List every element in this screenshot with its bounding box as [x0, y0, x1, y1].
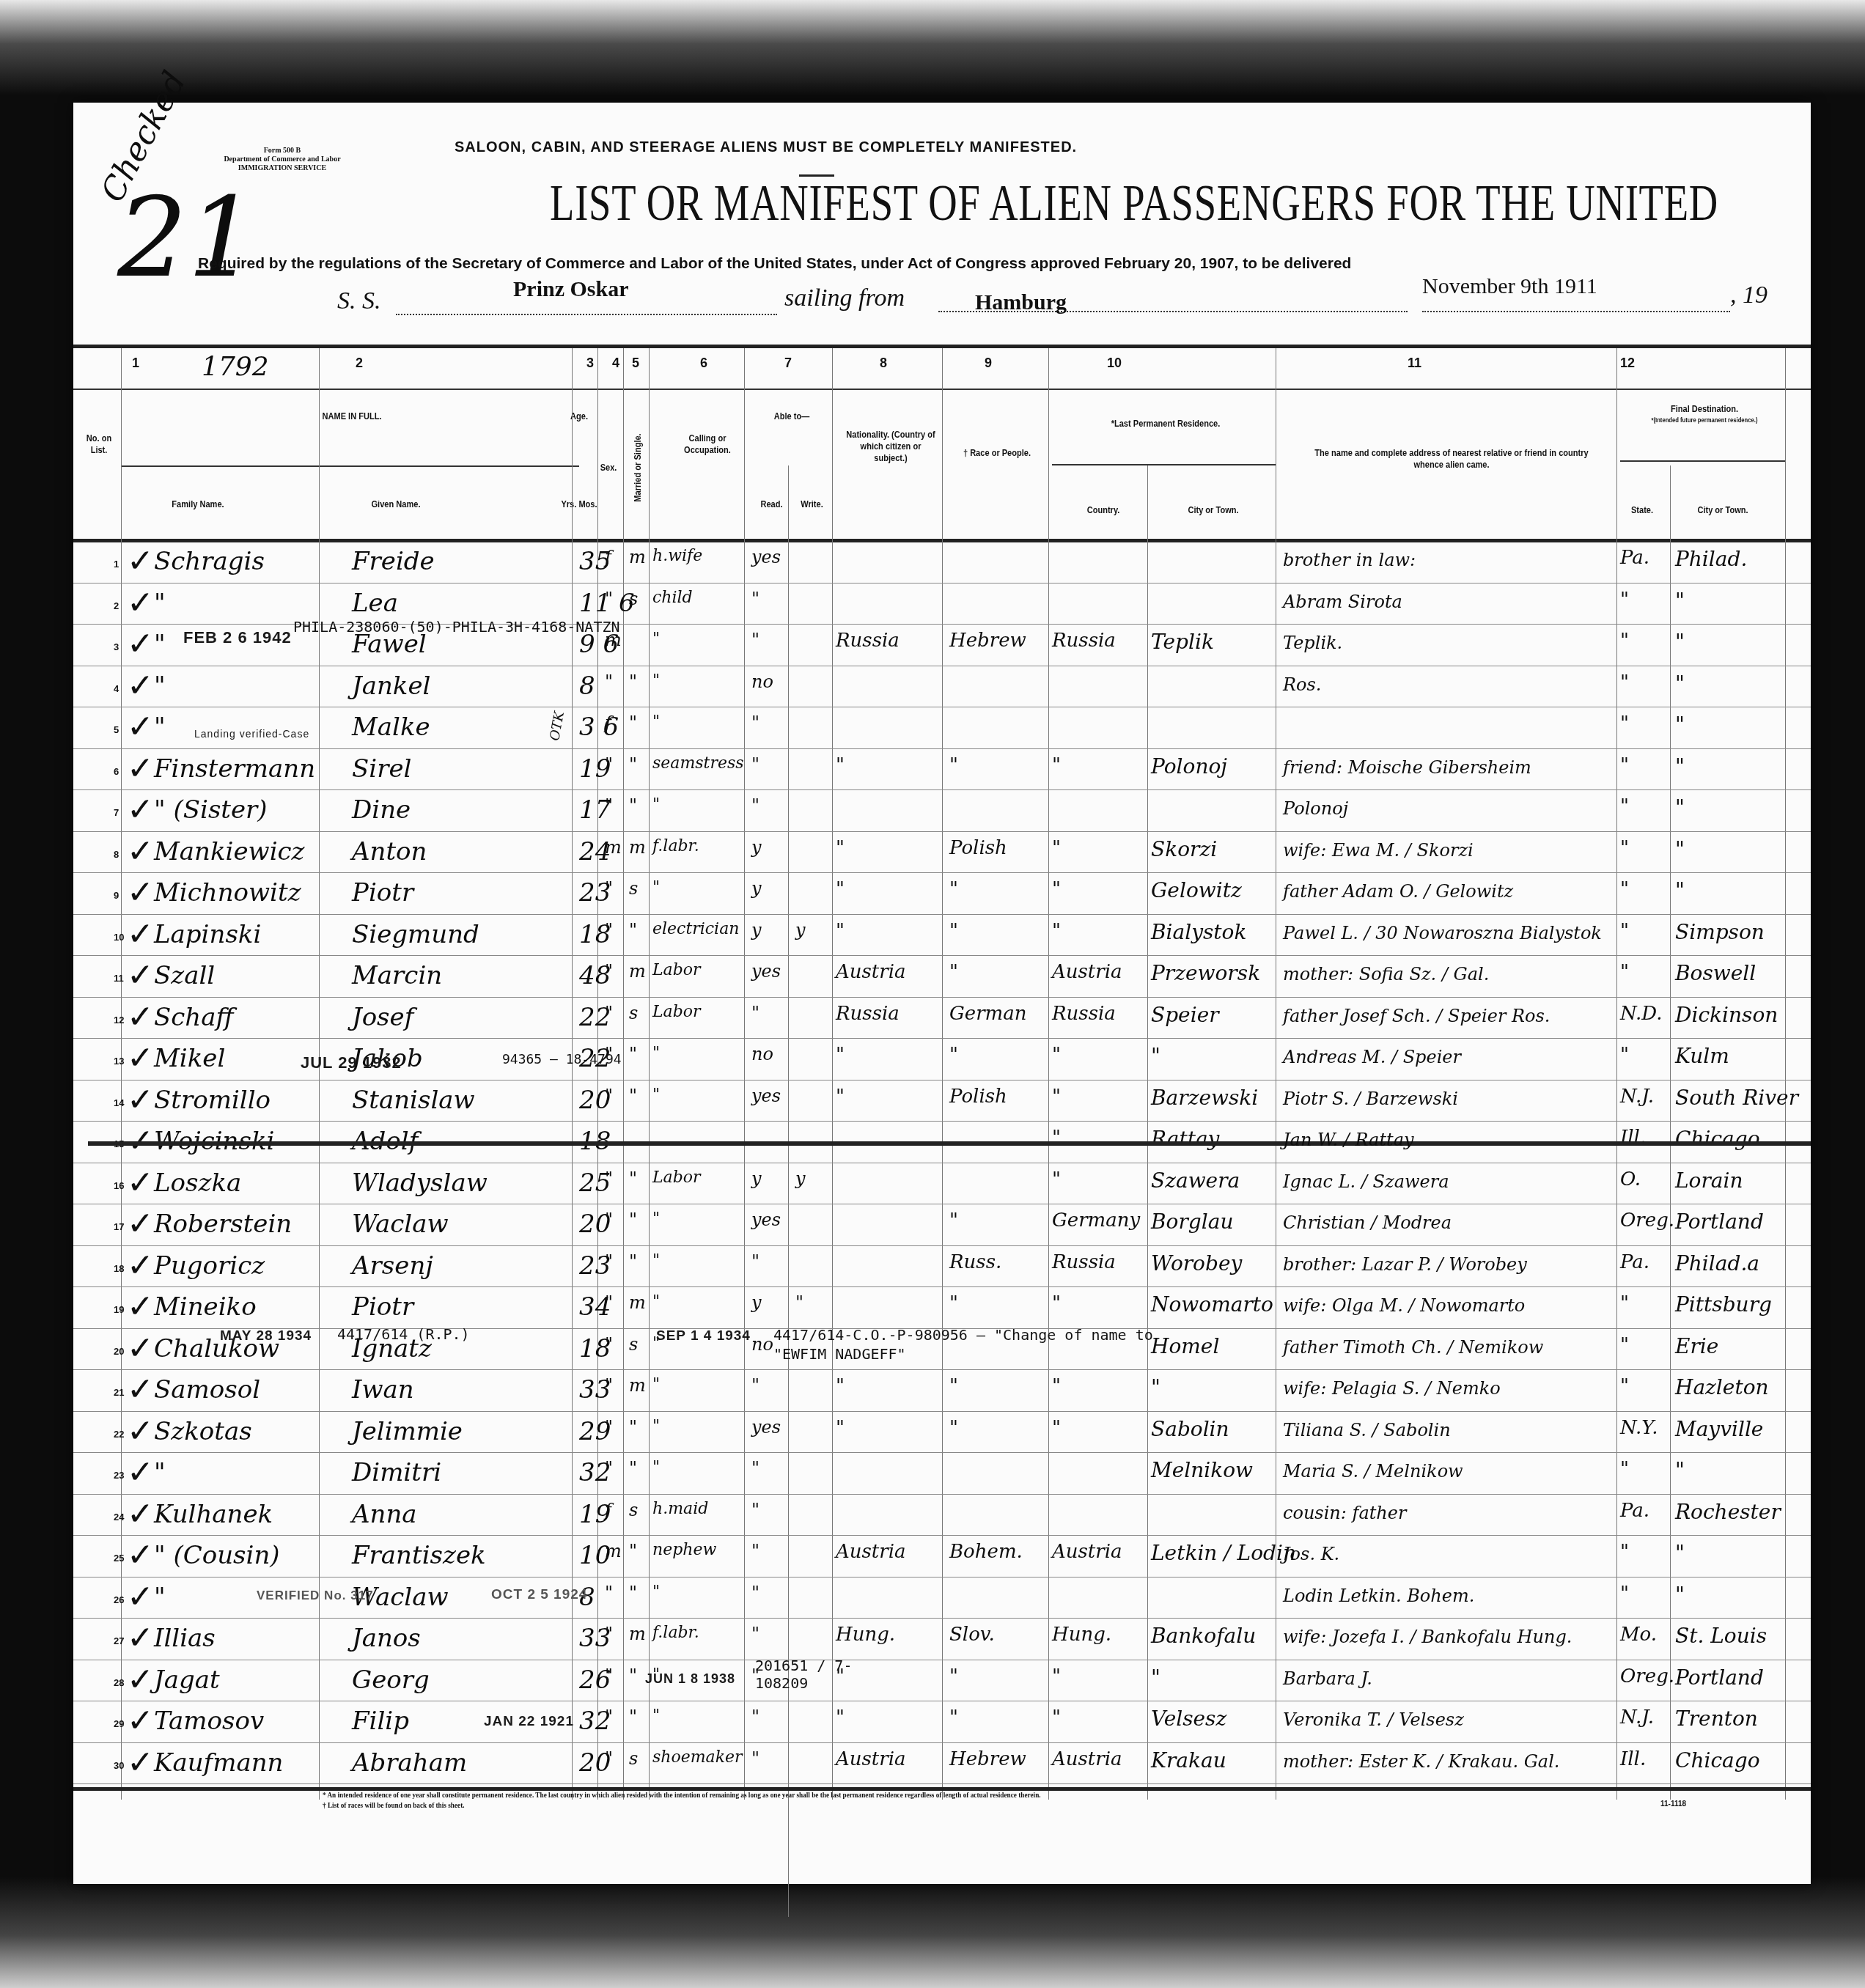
race-cell: "	[949, 1707, 958, 1729]
race-cell: "	[949, 1210, 958, 1232]
state-cell: Oreg.	[1620, 1665, 1674, 1687]
country-cell: "	[1052, 754, 1061, 776]
checkmark-icon: ✓	[127, 542, 154, 580]
table-row: 17✓RobersteinWaclaw20"""yes"GermanyBorgl…	[73, 1205, 1811, 1244]
marital-cell: "	[629, 1583, 637, 1603]
age-cell: 8	[579, 671, 595, 701]
row-rule	[73, 1577, 1811, 1577]
read-cell: "	[751, 1500, 759, 1520]
occupation-cell: "	[652, 1375, 660, 1394]
row-number: 2	[114, 600, 119, 611]
occupation-cell: "	[652, 1086, 660, 1104]
checkmark-icon: ✓	[127, 1205, 154, 1242]
row-rule	[73, 1080, 1811, 1080]
table-row: 21✓SamosolIwan33"m"""""""Hazleton	[73, 1371, 1811, 1410]
header-dest-city: City or Town.	[1680, 504, 1767, 516]
dest-city-cell: Mayville	[1675, 1417, 1763, 1441]
header-race: † Race or People.	[954, 447, 1041, 459]
read-cell: no	[751, 1044, 773, 1064]
relative-entry: wife: Pelagia S. / Nemko	[1283, 1378, 1501, 1399]
checkmark-icon: ✓	[127, 1039, 154, 1077]
relative-entry: Ros.	[1283, 674, 1321, 695]
checkmark-icon: ✓	[127, 916, 154, 953]
table-row: 23✓"Dimitri32""""Melnikow""	[73, 1454, 1811, 1492]
read-cell: y	[751, 920, 762, 940]
header-final-destination-note: *(Intended future permanent residence.)	[1645, 416, 1764, 424]
family-name-cell: Stromillo	[154, 1086, 271, 1115]
checkmark-icon: ✓	[127, 667, 154, 704]
checkmark-icon: ✓	[127, 750, 154, 787]
row-number: 5	[114, 724, 119, 735]
residence-subrule	[1052, 464, 1276, 465]
header-nationality: Nationality. (Country of which citizen o…	[844, 429, 938, 464]
occupation-cell: "	[652, 795, 660, 814]
dest-city-cell: Boswell	[1675, 961, 1756, 985]
checkmark-icon: ✓	[127, 1536, 154, 1574]
race-cell: Bohem.	[949, 1541, 1023, 1563]
relative-entry: Jos. K.	[1283, 1544, 1339, 1564]
col-number-12: 12	[1620, 356, 1635, 371]
read-cell: "	[751, 1458, 759, 1479]
race-cell: "	[949, 1417, 958, 1439]
country-cell: "	[1052, 1707, 1061, 1729]
header-given-name: Given Name.	[334, 498, 458, 510]
city-cell: Bialystok	[1151, 920, 1246, 944]
checkmark-icon: ✓	[127, 1619, 154, 1657]
checkmark-icon: ✓	[127, 1661, 154, 1698]
row-rule	[73, 707, 1811, 707]
dest-city-cell: "	[1675, 1541, 1685, 1565]
occupation-cell: f.labr.	[652, 1624, 699, 1642]
col-number-7: 7	[784, 356, 792, 371]
destination-subrule	[1620, 460, 1785, 462]
state-cell: Pa.	[1620, 1500, 1649, 1522]
relative-entry: Veronika T. / Velsesz	[1283, 1709, 1464, 1730]
nationality-cell: Austria	[836, 1748, 906, 1770]
header-country: Country.	[1063, 504, 1144, 516]
table-row: 15✓WojcinskiAdolf18"RattayIll.Chicago	[73, 1122, 1811, 1161]
dest-city-cell: Portland	[1675, 1210, 1764, 1234]
occupation-cell: shoemaker	[652, 1748, 743, 1767]
marital-cell: "	[629, 1458, 637, 1479]
state-cell: N.J.	[1620, 1086, 1654, 1108]
read-cell: yes	[751, 961, 781, 982]
country-cell: "	[1052, 1127, 1061, 1149]
relative-entry: Pawel L. / 30 Nowaroszna Bialystok	[1283, 923, 1602, 943]
nationality-cell: "	[836, 1044, 845, 1066]
family-name-cell: Schaff	[154, 1003, 234, 1032]
marital-cell: m	[629, 837, 646, 858]
relative-entry: mother: Ester K. / Krakau. Gal.	[1283, 1751, 1559, 1772]
race-cell: Polish	[949, 1086, 1007, 1108]
marital-cell: "	[629, 1417, 637, 1437]
form-department: Department of Commerce and Labor	[194, 155, 370, 164]
write-cell: y	[795, 1168, 806, 1189]
family-name-cell: Mikel	[154, 1044, 225, 1073]
read-cell: y	[751, 878, 762, 899]
table-row: 22✓SzkotasJelimmie29"""yes"""SabolinN.Y.…	[73, 1413, 1811, 1451]
dest-city-cell: Pittsburg	[1675, 1292, 1772, 1317]
family-name-cell: Szkotas	[154, 1417, 252, 1446]
given-name-cell: Piotr	[352, 878, 413, 908]
occupation-cell: "	[652, 1583, 660, 1601]
given-name-cell: Anna	[352, 1500, 417, 1529]
relative-entry: Andreas M. / Speier	[1283, 1047, 1461, 1067]
relative-entry: Maria S. / Melnikow	[1283, 1461, 1463, 1481]
family-name-cell: Finstermann	[154, 754, 315, 784]
occupation-cell: "	[652, 1417, 660, 1435]
read-cell: "	[751, 795, 759, 816]
occupation-cell: "	[652, 1707, 660, 1725]
row-rule	[73, 1163, 1811, 1163]
given-name-cell: Piotr	[352, 1292, 413, 1322]
given-name-cell: Sirel	[352, 754, 411, 784]
given-name-cell: Stanislaw	[352, 1086, 475, 1115]
given-name-cell: Wladyslaw	[352, 1168, 488, 1198]
read-cell: "	[751, 1251, 759, 1272]
col-number-6: 6	[700, 356, 707, 371]
checkmark-icon: ✓	[127, 584, 154, 622]
sex-cell: f	[605, 1500, 611, 1520]
occupation-cell: "	[652, 1251, 660, 1270]
read-cell: "	[751, 1541, 759, 1561]
city-cell: Skorzi	[1151, 837, 1217, 861]
city-cell: Worobey	[1151, 1251, 1242, 1275]
stamp-row30: JAN 22 1921	[484, 1714, 574, 1730]
country-cell: "	[1052, 837, 1061, 859]
row-number: 29	[114, 1718, 124, 1729]
nationality-cell: "	[836, 1707, 845, 1729]
race-cell: "	[949, 878, 958, 900]
row-rule	[73, 1742, 1811, 1743]
marital-cell: s	[629, 1334, 638, 1355]
given-name-cell: Janos	[352, 1624, 421, 1653]
row-rule	[73, 1286, 1811, 1287]
city-cell: Borglau	[1151, 1210, 1233, 1234]
relative-entry: Tiliana S. / Sabolin	[1283, 1420, 1451, 1440]
sex-cell: "	[605, 1624, 613, 1644]
header-no-on-list: No. on List.	[84, 432, 115, 456]
read-cell: "	[751, 1624, 759, 1644]
header-age: Age.	[561, 411, 598, 422]
family-name-cell: Kaufmann	[154, 1748, 283, 1778]
given-name-cell: Waclaw	[352, 1210, 449, 1239]
row-number: 20	[114, 1346, 124, 1357]
given-name-cell: Filip	[352, 1707, 409, 1736]
marital-cell: s	[629, 878, 638, 899]
read-cell: yes	[751, 547, 781, 567]
family-name-cell: Szall	[154, 961, 215, 990]
race-cell: Slov.	[949, 1624, 995, 1646]
dest-city-cell: Dickinson	[1675, 1003, 1778, 1027]
relative-entry: father Adam O. / Gelowitz	[1283, 881, 1513, 902]
family-name-cell: "	[154, 1583, 166, 1612]
checkmark-icon: ✓	[127, 833, 154, 870]
read-cell: "	[751, 754, 759, 775]
footnotes: * An intended residence of one year shal…	[323, 1790, 1041, 1811]
table-row: 25✓" (Cousin)Frantiszek10m"nephew"Austri…	[73, 1536, 1811, 1575]
state-cell: "	[1620, 713, 1629, 735]
marital-cell: "	[629, 795, 637, 816]
sex-cell: "	[605, 878, 613, 899]
occupation-cell: electrician	[652, 920, 739, 938]
read-cell: "	[751, 1748, 759, 1769]
state-cell: Pa.	[1620, 547, 1649, 569]
given-name-cell: Jankel	[352, 671, 430, 701]
state-cell: "	[1620, 1292, 1629, 1314]
stamp-row28: VERIFIED No. 317	[257, 1588, 374, 1603]
row-number: 30	[114, 1760, 124, 1771]
nationality-cell: Austria	[836, 1541, 906, 1563]
header-calling: Calling or Occupation.	[673, 432, 742, 456]
checkmark-icon: ✓	[127, 1247, 154, 1284]
stamp-row29: JUN 1 8 1938	[645, 1671, 735, 1687]
country-cell: Germany	[1052, 1210, 1140, 1232]
occupation-cell: child	[652, 589, 693, 607]
nationality-cell: Russia	[836, 1003, 900, 1025]
dest-city-cell: St. Louis	[1675, 1624, 1767, 1648]
city-cell: Sabolin	[1151, 1417, 1229, 1441]
col-number-3: 3	[586, 356, 594, 371]
nationality-cell: "	[836, 754, 845, 776]
country-cell: Austria	[1052, 961, 1122, 983]
given-name-cell: Iwan	[352, 1375, 414, 1405]
family-name-cell: Samosol	[154, 1375, 260, 1405]
dest-city-cell: "	[1675, 1583, 1685, 1607]
marital-cell: "	[629, 1168, 637, 1189]
row-number: 23	[114, 1470, 124, 1481]
state-cell: "	[1620, 1583, 1629, 1605]
sex-cell: "	[605, 1334, 613, 1355]
table-row: 12✓SchaffJosef22"sLabor"RussiaGermanRuss…	[73, 998, 1811, 1037]
port-name: Hamburg	[975, 290, 1067, 315]
table-row: 8✓MankiewiczAnton24mmf.labr.y"Polish"Sko…	[73, 833, 1811, 872]
relative-entry: father Josef Sch. / Speier Ros.	[1283, 1006, 1550, 1026]
nationality-cell: "	[836, 1375, 845, 1397]
checkmark-icon: ✓	[127, 791, 154, 828]
checkmark-icon: ✓	[127, 1413, 154, 1450]
race-cell: German	[949, 1003, 1027, 1025]
sex-cell: f	[605, 713, 611, 733]
race-cell: Hebrew	[949, 1748, 1026, 1770]
relative-entry: wife: Ewa M. / Skorzi	[1283, 840, 1474, 861]
relative-entry: cousin: father	[1283, 1503, 1406, 1523]
row-number: 25	[114, 1553, 124, 1564]
col-number-2: 2	[356, 356, 363, 371]
sex-cell: "	[605, 920, 613, 940]
race-cell: "	[949, 1292, 958, 1314]
relative-entry: wife: Jozefa I. / Bankofalu Hung.	[1283, 1627, 1572, 1647]
checkmark-icon: ✓	[127, 957, 154, 994]
row-rule	[73, 955, 1811, 956]
row-rule	[73, 1038, 1811, 1039]
country-cell: "	[1052, 920, 1061, 942]
state-cell: O.	[1620, 1168, 1641, 1190]
country-cell: "	[1052, 1086, 1061, 1108]
given-name-cell: Adolf	[352, 1127, 418, 1156]
given-name-cell: Siegmund	[352, 920, 479, 949]
row-rule	[73, 666, 1811, 666]
ship-field-line	[396, 314, 777, 315]
city-cell: "	[1151, 1665, 1160, 1690]
race-cell: Russ.	[949, 1251, 1001, 1273]
table-row: 9✓MichnowitzPiotr23"s"y"""Gelowitz""	[73, 874, 1811, 913]
given-name-cell: Dimitri	[352, 1458, 441, 1487]
header-last-residence: *Last Permanent Residence.	[1073, 418, 1259, 430]
dest-city-cell: Erie	[1675, 1334, 1718, 1358]
family-name-cell: Mineiko	[154, 1292, 257, 1322]
given-name-cell: Malke	[352, 713, 430, 742]
state-cell: "	[1620, 1334, 1629, 1356]
marital-cell: s	[629, 589, 638, 609]
dest-city-cell: "	[1675, 589, 1685, 613]
checkmark-icon: ✓	[127, 625, 154, 663]
header-able-to: Able to—	[757, 411, 826, 422]
city-cell: Polonoj	[1151, 754, 1227, 778]
country-cell: Austria	[1052, 1541, 1122, 1563]
state-cell: "	[1620, 1375, 1629, 1397]
dest-city-cell: Trenton	[1675, 1707, 1758, 1731]
checkmark-icon: ✓	[127, 1495, 154, 1533]
table-row: 11✓SzallMarcin48"mLaboryesAustria"Austri…	[73, 957, 1811, 995]
col-number-4: 4	[612, 356, 619, 371]
state-cell: N.D.	[1620, 1003, 1663, 1025]
read-cell: "	[751, 1003, 759, 1023]
col-number-9: 9	[985, 356, 992, 371]
occupation-cell: h.wife	[652, 547, 702, 565]
state-cell: "	[1620, 1541, 1629, 1563]
header-family-name: Family Name.	[136, 498, 260, 510]
row-rule	[73, 1494, 1811, 1495]
annotation-row20-1: 4417/614 (R.P.)	[337, 1325, 470, 1343]
occupation-cell: seamstress	[652, 754, 744, 773]
checkmark-icon: ✓	[127, 1578, 154, 1616]
sex-cell: "	[605, 1292, 613, 1313]
row-rule	[73, 583, 1811, 583]
stamp-row20-2: SEP 1 4 1934	[656, 1328, 751, 1344]
city-cell: Barzewski	[1151, 1086, 1258, 1110]
banner: SALOON, CABIN, AND STEERAGE ALIENS MUST …	[455, 139, 1077, 156]
stamp-row12: JUL 29 1932	[301, 1053, 402, 1072]
header-relative: The name and complete address of nearest…	[1314, 447, 1589, 471]
row-number: 4	[114, 683, 119, 694]
stamp-row28-date: OCT 2 5 1924	[491, 1587, 587, 1603]
marital-cell: s	[629, 1500, 638, 1520]
city-cell: Rattay	[1151, 1127, 1219, 1151]
row-rule	[73, 1121, 1811, 1122]
age-cell: 18	[579, 1127, 611, 1156]
row-number: 18	[114, 1263, 124, 1274]
sex-cell: "	[605, 589, 613, 609]
family-name-cell: Roberstein	[154, 1210, 292, 1239]
nationality-cell: Russia	[836, 630, 900, 652]
col-number-8: 8	[880, 356, 887, 371]
date-field-line	[1422, 311, 1730, 312]
read-cell: "	[751, 1583, 759, 1603]
family-name-cell: Mankiewicz	[154, 837, 305, 866]
family-name-cell: Tamosov	[154, 1707, 264, 1736]
header-sex: Sex.	[596, 462, 621, 474]
marital-cell: "	[629, 1044, 637, 1064]
header-read: Read.	[754, 498, 789, 510]
occupation-cell: Labor	[652, 1168, 701, 1187]
sex-cell: "	[605, 1583, 613, 1603]
dest-city-cell: "	[1675, 1458, 1685, 1482]
marital-cell: m	[629, 1375, 646, 1396]
relative-entry: Barbara J.	[1283, 1668, 1372, 1689]
sex-cell: "	[605, 1417, 613, 1437]
family-name-cell: Wojcinski	[154, 1127, 274, 1156]
marital-cell: "	[629, 1665, 637, 1686]
relative-entry: Lodin Letkin. Bohem.	[1283, 1586, 1474, 1606]
read-cell: yes	[751, 1086, 781, 1106]
marital-cell: m	[629, 1292, 646, 1313]
header-state: State.	[1624, 504, 1661, 516]
state-cell: "	[1620, 630, 1629, 652]
annotation-row20-2: 4417/614-C.O.-P-980956 – "Change of name…	[773, 1325, 1177, 1363]
table-row: 28✓JagatGeorg26""""""""Oreg.Portland	[73, 1661, 1811, 1700]
state-cell: "	[1620, 961, 1629, 983]
sex-cell: f	[605, 547, 611, 567]
row-number: 27	[114, 1635, 124, 1646]
dest-city-cell: Hazleton	[1675, 1375, 1769, 1399]
family-name-cell: Lapinski	[154, 920, 261, 949]
read-cell: yes	[751, 1417, 781, 1437]
nationality-cell: Hung.	[836, 1624, 895, 1646]
relative-entry: father Timoth Ch. / Nemikow	[1283, 1337, 1543, 1358]
row-number: 15	[114, 1138, 124, 1149]
given-name-cell: Dine	[352, 795, 411, 825]
city-cell: Przeworsk	[1151, 961, 1260, 985]
checkmark-icon: ✓	[127, 998, 154, 1036]
occupation-cell: f.labr.	[652, 837, 699, 855]
header-yrs-mos: Yrs. Mos.	[561, 498, 598, 510]
dest-city-cell: South River	[1675, 1086, 1798, 1110]
sex-cell: "	[605, 1086, 613, 1106]
page-title: LIST OR MANIFEST OF ALIEN PASSENGERS FOR…	[550, 174, 1718, 233]
occupation-cell: nephew	[652, 1541, 716, 1559]
race-cell: Hebrew	[949, 630, 1026, 652]
year-suffix: , 19	[1730, 281, 1767, 309]
row-number: 7	[114, 807, 119, 818]
given-name-cell: Marcin	[352, 961, 442, 990]
checkmark-icon: ✓	[127, 1122, 154, 1160]
country-cell: "	[1052, 1375, 1061, 1397]
marital-cell: s	[629, 1748, 638, 1769]
given-name-cell: Josef	[352, 1003, 413, 1032]
table-row: 1✓SchragisFreide35fmh.wifeyesPa.Philad.	[73, 542, 1811, 581]
sex-cell: "	[605, 1251, 613, 1272]
state-cell: "	[1620, 754, 1629, 776]
occupation-cell: Labor	[652, 1003, 701, 1021]
state-cell: "	[1620, 795, 1629, 817]
family-name-cell: "	[154, 713, 166, 742]
family-name-cell: "	[154, 630, 166, 659]
state-cell: "	[1620, 920, 1629, 942]
row-rule	[73, 1245, 1811, 1246]
dest-city-cell: "	[1675, 795, 1685, 820]
relative-entry: mother: Sofia Sz. / Gal.	[1283, 964, 1489, 984]
sex-cell: "	[605, 1707, 613, 1727]
country-cell: "	[1052, 1044, 1061, 1066]
relative-entry: Abram Sirota	[1283, 592, 1402, 612]
family-name-cell: Schragis	[154, 547, 265, 576]
occupation-cell: "	[652, 1458, 660, 1476]
nationality-cell: Austria	[836, 961, 906, 983]
sex-cell: "	[605, 754, 613, 775]
row-number: 1	[114, 559, 119, 570]
ss-label: S. S.	[337, 287, 381, 315]
